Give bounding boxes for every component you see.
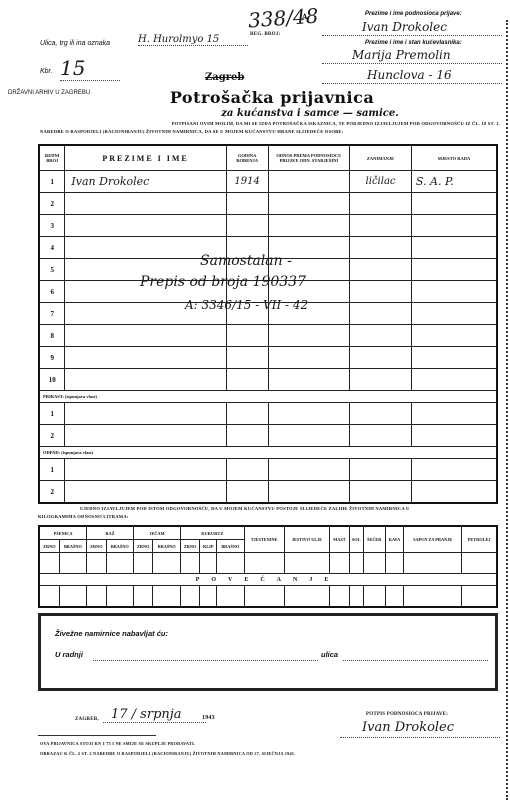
name-cell[interactable] [65,347,226,369]
declaration-line-2: NAREDBE O RASPODJELI (RACIONIRANJU) ŽIVO… [40,129,500,134]
increase-section-row: PRIRAST: (ispunjava vlast) [39,391,497,403]
occupation-cell[interactable] [350,237,412,259]
supply-cell[interactable] [106,553,133,574]
sub-grain: ZRNO [87,540,106,553]
shop-heading: Živežne namirnice nabavljat ću: [55,629,168,638]
workplace-cell[interactable] [411,237,497,259]
supply-cell[interactable] [39,553,59,574]
occupation-cell[interactable] [350,481,412,504]
supply-cell[interactable] [330,553,349,574]
form-subtitle: za kućanstva i samce — samice. [200,108,420,119]
birth-year-cell[interactable] [226,369,268,391]
supply-cell[interactable] [87,586,106,608]
group-barley: JEČAM [134,526,181,540]
reg-label: REG. BROJ: [250,32,280,37]
street-label: Ulica, trg ili ina oznaka [40,40,110,47]
name-cell[interactable] [65,325,226,347]
declaration-line-1: POTPISANI OVIM MOLIM, DA MI SE IZDA POTR… [40,121,500,126]
shop-street-field[interactable] [343,659,488,661]
col-header-occupation: ZANIMANJE [350,145,412,171]
supplies-values-row [39,553,497,574]
table-row: 3 [39,215,497,237]
supply-cell[interactable] [244,586,284,608]
table-row: 10 [39,369,497,391]
sub-cob: KLIP [200,540,217,553]
row-number: 7 [39,303,65,325]
supply-cell[interactable] [217,586,244,608]
row-number: 8 [39,325,65,347]
relation-cell[interactable] [268,459,350,481]
footer-divider [38,735,156,736]
group-corn: KUKURUZ [180,526,244,540]
col-oil: JESTIVO ULJE [284,526,329,553]
table-row: 1 Ivan Drokolec 1914 ličilac S. A. P. [39,171,497,193]
city-label: ZAGREB, [75,717,99,722]
workplace-cell[interactable] [411,481,497,504]
street-field[interactable]: H. Hurolmyo 15 [138,34,248,46]
birth-year-cell[interactable] [226,425,268,447]
date-field[interactable]: 17 / srpnja [103,707,206,723]
supply-cell[interactable] [217,553,244,574]
landlord-address-field[interactable]: Hunclova - 16 [322,68,502,84]
table-row: 1 [39,459,497,481]
row-number: 1 [39,459,65,481]
supply-cell[interactable] [87,553,106,574]
col-soap: SAPUN ZA PRANJE [404,526,462,553]
occupation-cell[interactable] [350,303,412,325]
birth-year-cell[interactable] [226,215,268,237]
supply-cell[interactable] [363,553,385,574]
relation-cell[interactable] [268,369,350,391]
table-row: 9 [39,347,497,369]
occupation-cell[interactable]: ličilac [350,171,412,193]
reg-suffix: A. [302,12,310,21]
house-number-field[interactable]: 15 [60,56,120,81]
supply-cell[interactable] [134,586,153,608]
sub-grain: ZRNO [134,540,153,553]
year-value: 1943 [202,715,215,721]
relation-cell[interactable] [268,171,350,193]
crossed-out-text: Zagreb [205,72,244,83]
supply-cell[interactable] [106,586,133,608]
name-cell[interactable]: Ivan Drokolec [65,171,226,193]
name-cell[interactable] [65,369,226,391]
sub-flour: BRAŠNO [217,540,244,553]
form-title: Potrošačka prijavnica [142,88,402,107]
col-sugar: ŠEĆER [363,526,385,553]
supplies-group-header: PŠENICA RAŽ JEČAM KUKURUZ TJESTENINE JES… [39,526,497,540]
name-cell[interactable] [65,215,226,237]
relation-cell[interactable] [268,193,350,215]
row-number: 6 [39,281,65,303]
workplace-cell[interactable]: S. A. P. [411,171,497,193]
annotation-line-1: Samostalan - [200,253,292,269]
workplace-cell[interactable] [411,215,497,237]
name-cell[interactable] [65,193,226,215]
table-row: 2 [39,425,497,447]
birth-year-cell[interactable]: 1914 [226,171,268,193]
supply-cell[interactable] [385,553,403,574]
occupation-cell[interactable] [350,369,412,391]
row-number: 5 [39,259,65,281]
supply-cell[interactable] [404,553,462,574]
col-kerosene: PETROLEJ [462,526,497,553]
workplace-cell[interactable] [411,303,497,325]
occupation-cell[interactable] [350,403,412,425]
group-wheat: PŠENICA [39,526,87,540]
relation-cell[interactable] [268,425,350,447]
occupation-cell[interactable] [350,259,412,281]
annotation-line-3: A: 3346/15 - VII - 42 [185,298,308,312]
decrease-section-row: ODPAD: (ispunjava vlast) [39,447,497,459]
increase-values-row [39,586,497,608]
birth-year-cell[interactable] [226,347,268,369]
birth-year-cell[interactable] [226,325,268,347]
row-number: 2 [39,193,65,215]
sub-flour: BRAŠNO [59,540,86,553]
occupation-cell[interactable] [350,347,412,369]
decrease-label: ODPAD: (ispunjava vlast) [39,447,497,459]
relation-cell[interactable] [268,325,350,347]
supply-cell[interactable] [385,586,403,608]
workplace-cell[interactable] [411,325,497,347]
row-number: 1 [39,403,65,425]
sub-grain: ZRNO [180,540,199,553]
relation-cell[interactable] [268,215,350,237]
occupation-cell[interactable] [350,425,412,447]
row-number: 2 [39,481,65,504]
signature-field[interactable]: Ivan Drokolec [340,720,500,738]
name-cell[interactable] [65,459,226,481]
name-cell[interactable] [65,425,226,447]
table-row: 2 [39,481,497,504]
col-pasta: TJESTENINE [244,526,284,553]
name-cell[interactable] [65,481,226,504]
col-header-no: REDNI BROJ [39,145,65,171]
supplies-intro-line-2: KILOGRAMIMA ODNOSNO LITRAMA: [38,514,129,519]
sub-flour: BRAŠNO [106,540,133,553]
landlord-field[interactable]: Marija Premolin [322,48,502,64]
supply-cell[interactable] [349,553,363,574]
workplace-cell[interactable] [411,259,497,281]
col-salt: SOL [349,526,363,553]
supply-cell[interactable] [200,553,217,574]
workplace-cell[interactable] [411,347,497,369]
birth-year-cell[interactable] [226,481,268,504]
supply-cell[interactable] [462,586,497,608]
group-rye: RAŽ [87,526,134,540]
increase-label: PRIRAST: (ispunjava vlast) [39,391,497,403]
name-cell[interactable] [65,403,226,425]
occupation-cell[interactable] [350,459,412,481]
signature-label: POTPIS PODNOSIOCA PRIJAVE: [366,712,448,717]
occupation-cell[interactable] [350,325,412,347]
supply-cell[interactable] [153,586,180,608]
annotation-line-2: Prepis od broja 190337 [140,274,306,290]
supply-cell[interactable] [284,553,329,574]
supply-cell[interactable] [404,586,462,608]
persons-table: REDNI BROJ PREZIME I IME GODINA ROĐENJA … [38,144,498,504]
supply-cell[interactable] [153,553,180,574]
sub-flour: BRAŠNO [153,540,180,553]
col-coffee: KAVA [385,526,403,553]
supply-cell[interactable] [180,553,199,574]
workplace-cell[interactable] [411,193,497,215]
supply-cell[interactable] [59,553,86,574]
occupation-cell[interactable] [350,281,412,303]
supply-cell[interactable] [462,553,497,574]
sub-grain: ZRNO [39,540,59,553]
shop-street-label: ulica [321,650,338,659]
row-number: 4 [39,237,65,259]
relation-cell[interactable] [268,347,350,369]
col-header-workplace: MJESTO RADA [411,145,497,171]
col-header-birth-year: GODINA ROĐENJA [226,145,268,171]
supply-cell[interactable] [330,586,349,608]
row-number: 9 [39,347,65,369]
form-reference-note: OBRAZAC K ČL. 2 ST. 2 NAREDBE O RASPODJE… [40,751,295,756]
workplace-cell[interactable] [411,281,497,303]
shop-field[interactable] [93,659,318,661]
birth-year-cell[interactable] [226,403,268,425]
supplies-table: PŠENICA RAŽ JEČAM KUKURUZ TJESTENINE JES… [38,525,498,608]
workplace-cell[interactable] [411,425,497,447]
shop-label: U radnji [55,650,83,659]
supply-cell[interactable] [284,586,329,608]
workplace-cell[interactable] [411,403,497,425]
table-row: 8 [39,325,497,347]
relation-cell[interactable] [268,403,350,425]
supply-cell[interactable] [180,586,199,608]
page-edge [503,20,508,800]
landlord-label: Prezime i ime i stan kućevlasnika: [365,40,462,46]
supply-cell[interactable] [39,586,59,608]
supply-cell[interactable] [244,553,284,574]
supplies-intro-line-1: UJEDNO IZJAVLJUJEM POD ISTOM ODGOVORNOŠĆ… [80,506,500,511]
applicant-field[interactable]: Ivan Drokolec [322,20,502,36]
table-row: 2 [39,193,497,215]
house-number-label: Kbr. [40,68,53,75]
occupation-cell[interactable] [350,193,412,215]
increase-label: POVEĆANJE [39,574,497,586]
increase-row: POVEĆANJE [39,574,497,586]
workplace-cell[interactable] [411,459,497,481]
supply-cell[interactable] [59,586,86,608]
col-lard: MAST [330,526,349,553]
row-number: 1 [39,171,65,193]
birth-year-cell[interactable] [226,459,268,481]
occupation-cell[interactable] [350,215,412,237]
col-header-name: PREZIME I IME [65,145,226,171]
persons-header-row: REDNI BROJ PREZIME I IME GODINA ROĐENJA … [39,145,497,171]
row-number: 3 [39,215,65,237]
supply-cell[interactable] [134,553,153,574]
birth-year-cell[interactable] [226,193,268,215]
col-header-relation: ODNOS PREMA PODNOSIOCU PRIJAVE ODN. STAR… [268,145,350,171]
supply-cell[interactable] [349,586,363,608]
workplace-cell[interactable] [411,369,497,391]
row-number: 10 [39,369,65,391]
applicant-label: Prezime i ime podnosioca prijave: [365,11,462,17]
shop-box: Živežne namirnice nabavljat ću: U radnji… [38,613,498,691]
relation-cell[interactable] [268,481,350,504]
supply-cell[interactable] [363,586,385,608]
table-row: 1 [39,403,497,425]
supply-cell[interactable] [200,586,217,608]
archive-stamp: DRŽAVNI ARHIV U ZAGREBU [8,90,90,96]
price-note: OVA PRIJAVNICA STOJI KN 1'75 I NE SMIJE … [40,741,195,746]
row-number: 2 [39,425,65,447]
